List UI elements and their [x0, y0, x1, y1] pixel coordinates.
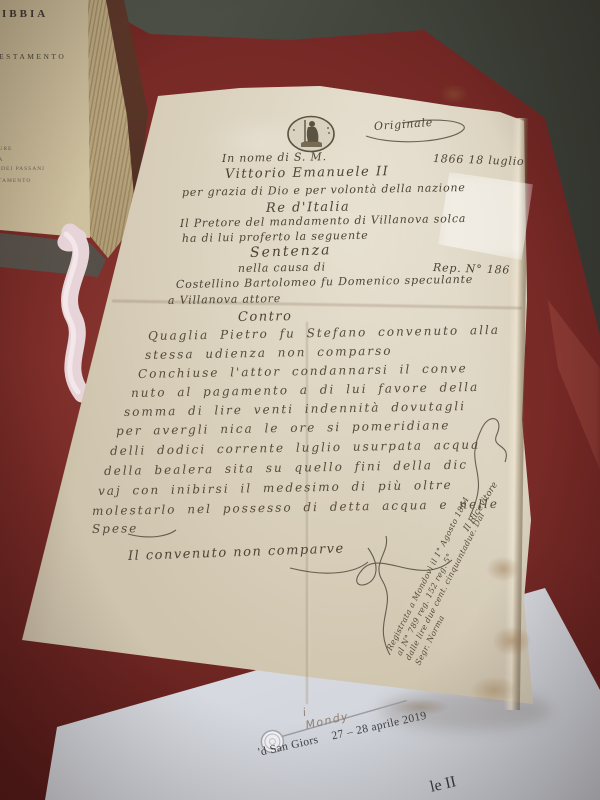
ink-flourishes: [0, 0, 600, 800]
museum-display-photo: IBBIA TESTAMENTO TURE LA A DEI PASSANI S…: [0, 0, 600, 800]
